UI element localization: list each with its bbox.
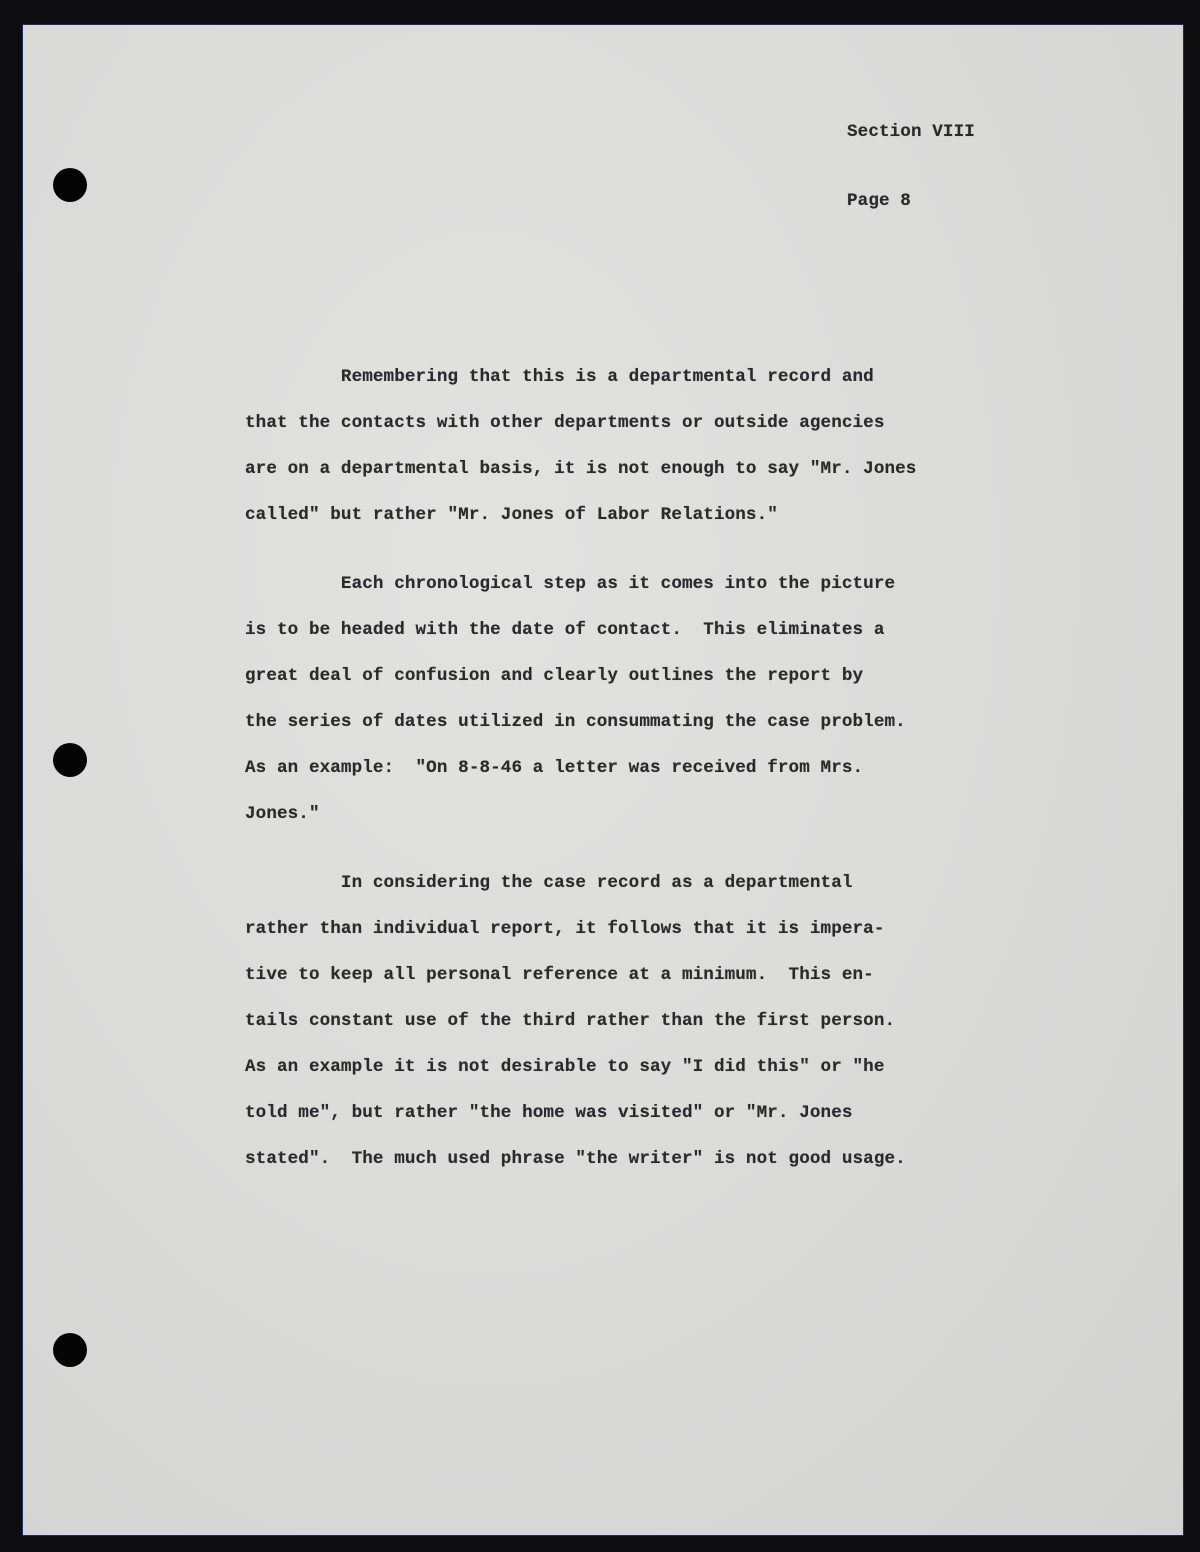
text-line: tive to keep all personal reference at a…: [245, 965, 874, 985]
section-label: Section VIII: [847, 121, 975, 144]
text-line: are on a departmental basis, it is not e…: [245, 459, 916, 479]
text-line: told me", but rather "the home was visit…: [245, 1103, 853, 1123]
punch-hole-bottom: [53, 1333, 87, 1367]
text-line: the series of dates utilized in consumma…: [245, 712, 906, 732]
text-line: Remembering that this is a departmental …: [245, 367, 874, 387]
text-line: In considering the case record as a depa…: [245, 873, 853, 893]
text-line: stated". The much used phrase "the write…: [245, 1149, 906, 1169]
punch-hole-middle: [53, 743, 87, 777]
punch-hole-top: [53, 168, 87, 202]
text-line: rather than individual report, it follow…: [245, 919, 884, 939]
text-line: As an example it is not desirable to say…: [245, 1057, 884, 1077]
page-header: Section VIII Page 8: [847, 75, 975, 259]
text-line: called" but rather "Mr. Jones of Labor R…: [245, 505, 778, 525]
text-line: is to be headed with the date of contact…: [245, 620, 884, 640]
page-number: Page 8: [847, 190, 975, 213]
text-line: tails constant use of the third rather t…: [245, 1011, 895, 1031]
text-line: Jones.": [245, 804, 320, 824]
document-page: Section VIII Page 8 Remembering that thi…: [23, 25, 1183, 1535]
text-line: As an example: "On 8-8-46 a letter was r…: [245, 758, 863, 778]
text-line: Each chronological step as it comes into…: [245, 574, 895, 594]
text-line: that the contacts with other departments…: [245, 413, 884, 433]
text-line: great deal of confusion and clearly outl…: [245, 666, 863, 686]
